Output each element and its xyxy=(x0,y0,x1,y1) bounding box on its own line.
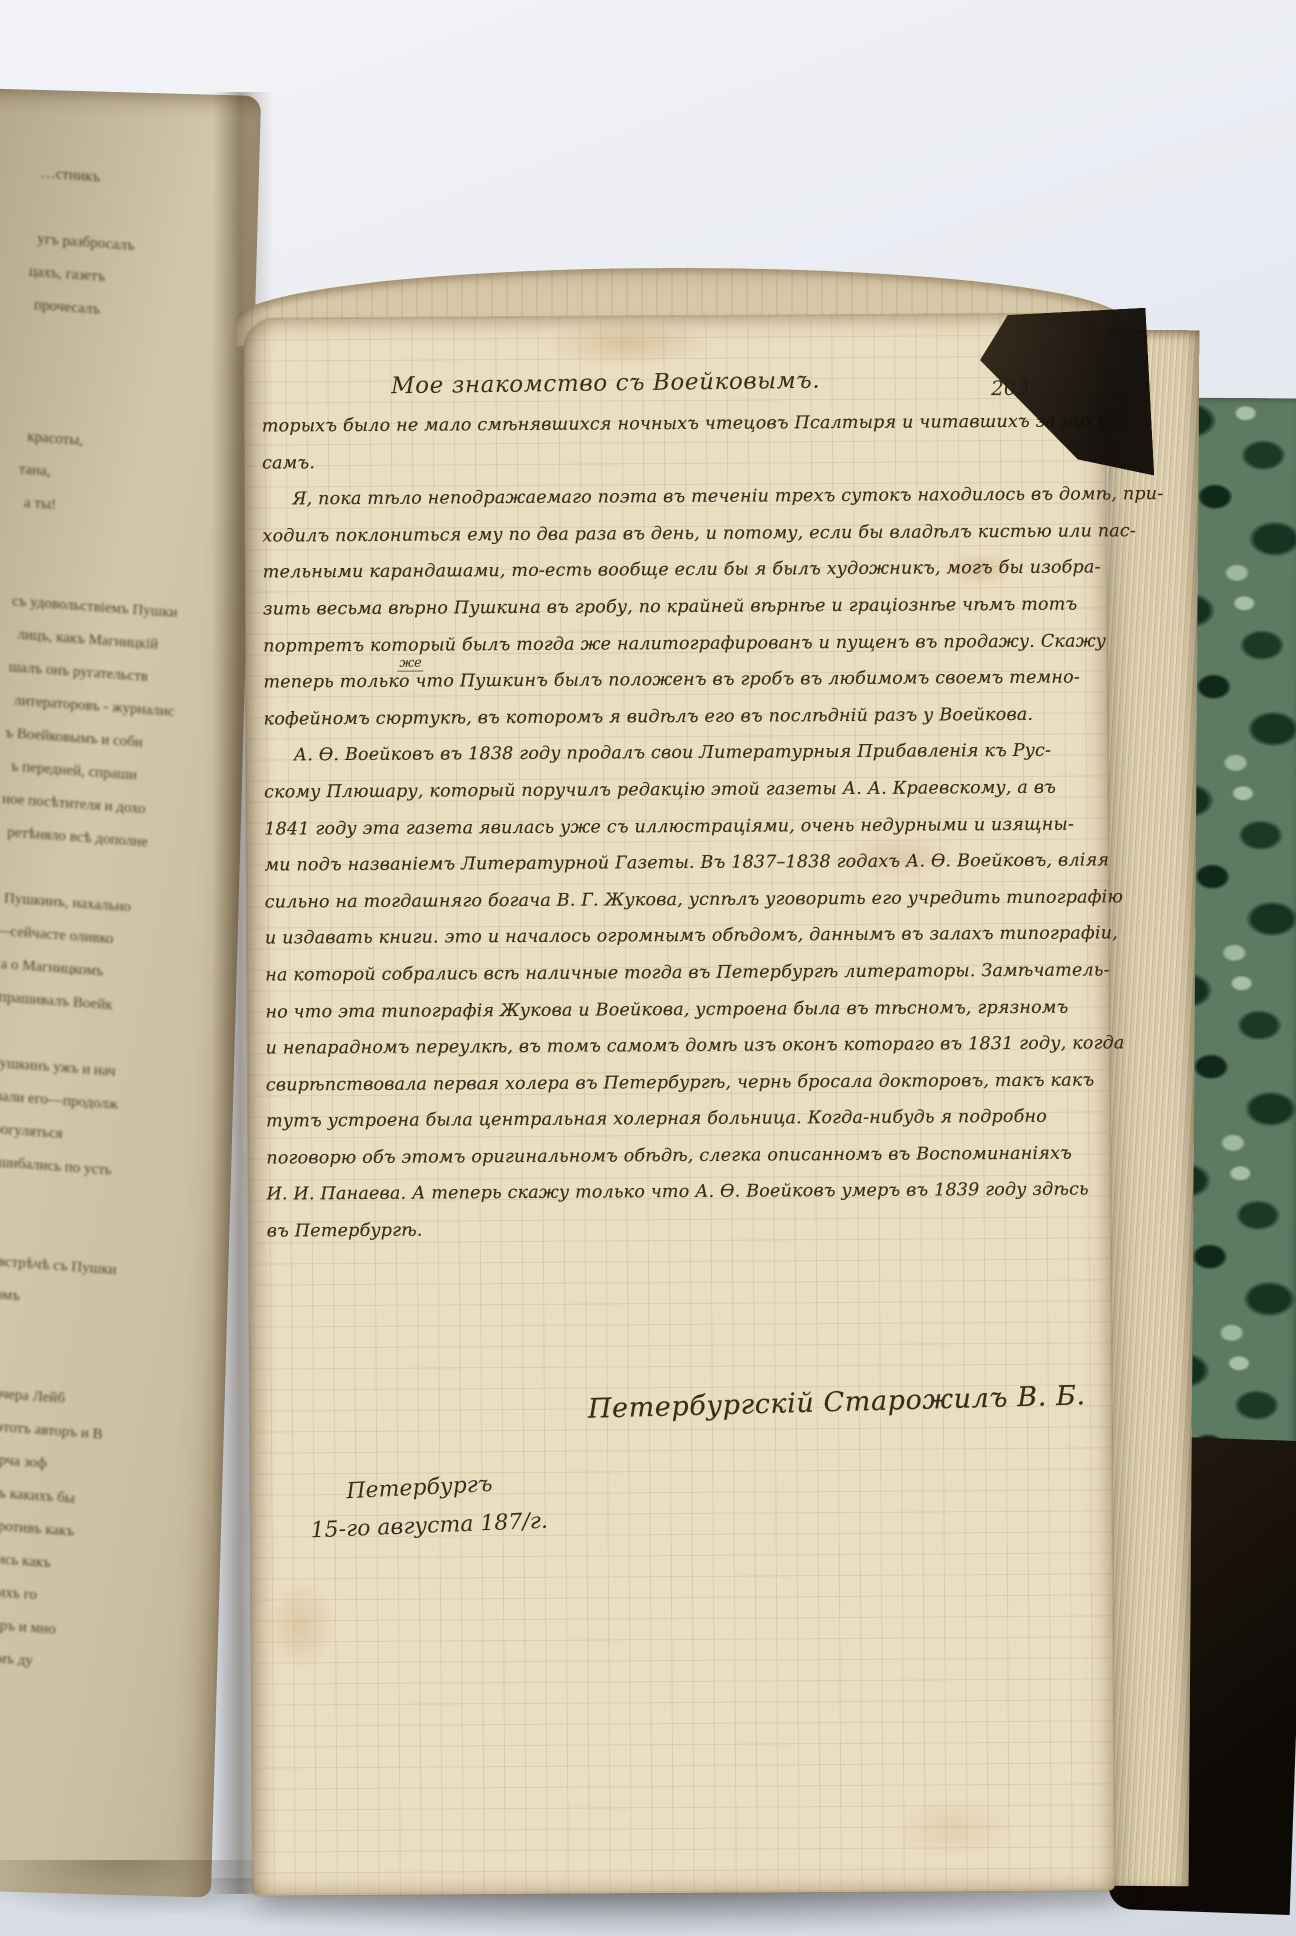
manuscript-line: ми подъ названіемъ Литературной Газеты. … xyxy=(264,851,1096,893)
manuscript-line: Я, пока тѣло неподражаемаго поэта въ теч… xyxy=(262,485,1094,527)
signature: Петербургскій Старожилъ В. Б. xyxy=(588,1380,1087,1424)
manuscript-line: поговорю объ этомъ оригинальномъ обѣдѣ, … xyxy=(266,1143,1098,1185)
book-photo: …стникъугъ разбросалъцахъ, газетъпрочеса… xyxy=(0,0,1296,1936)
manuscript-line: свирѣпствовала первая холера въ Петербур… xyxy=(266,1070,1098,1112)
manuscript-line: скому Плюшару, который поручилъ редакцію… xyxy=(264,777,1096,819)
stain xyxy=(265,1580,336,1670)
manuscript-line: и издавать книги. это и началось огромны… xyxy=(265,924,1097,966)
manuscript-body: торыхъ было не мало смѣнявшихся ночныхъ … xyxy=(262,411,1099,1258)
place-line: Петербургъ xyxy=(346,1472,493,1504)
stain xyxy=(543,320,713,367)
inserted-word-above-line: же xyxy=(397,656,424,672)
manuscript-line: И. И. Панаева. А теперь скажу только что… xyxy=(266,1180,1098,1222)
manuscript-line: торыхъ было не мало смѣнявшихся ночныхъ … xyxy=(262,411,1094,453)
manuscript-line: теперь только что Пушкинъ былъ положенъ … xyxy=(263,668,1095,710)
manuscript-line: ходилъ поклониться ему по два раза въ де… xyxy=(262,521,1094,563)
manuscript-line: но что эта типографія Жукова и Воейкова,… xyxy=(265,997,1097,1039)
gutter-shadow xyxy=(212,92,274,1894)
manuscript-page: Мое знакомство съ Воейковымъ. 203. торых… xyxy=(243,313,1115,1895)
manuscript-line: сильно на тогдашняго богача В. Г. Жукова… xyxy=(265,887,1097,929)
manuscript-line: тутъ устроена была центральная холерная … xyxy=(266,1107,1098,1149)
manuscript-line: на которой собрались всѣ наличные тогда … xyxy=(265,960,1097,1002)
manuscript-line: въ Петербургѣ. xyxy=(267,1217,1099,1259)
manuscript-line: и непарадномъ переулкѣ, въ томъ самомъ д… xyxy=(266,1034,1098,1076)
manuscript-line: портретъ который былъ тогда же налитогра… xyxy=(263,631,1095,673)
stain xyxy=(892,1798,1012,1859)
manuscript-line: зить весьма вѣрно Пушкина въ гробу, по к… xyxy=(263,594,1095,636)
page-edge-stack xyxy=(1099,330,1200,1887)
manuscript-line: А. Ѳ. Воейковъ въ 1838 году продалъ свои… xyxy=(264,741,1096,783)
manuscript-line: самъ. xyxy=(262,448,1094,490)
manuscript-line: кофейномъ сюртукѣ, въ которомъ я видѣлъ … xyxy=(264,704,1096,746)
manuscript-line: 1841 году эта газета явилась уже съ иллю… xyxy=(264,814,1096,856)
manuscript-title: Мое знакомство съ Воейковымъ. xyxy=(361,365,849,401)
date-line: 15-го августа 187/г. xyxy=(310,1509,548,1544)
manuscript-line: тельными карандашами, то-есть вообще есл… xyxy=(263,558,1095,600)
